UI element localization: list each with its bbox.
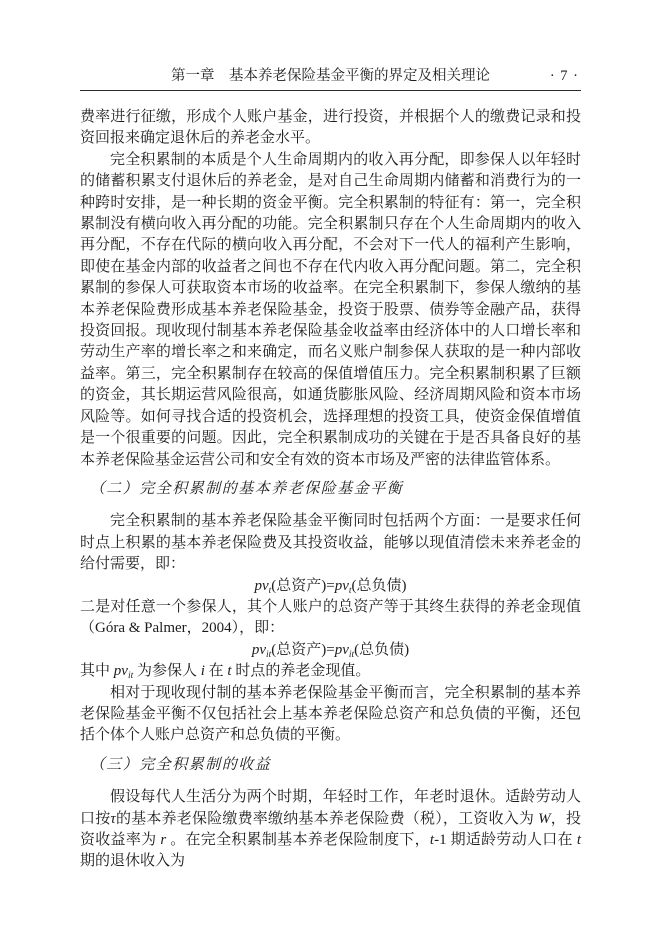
- paragraph-balance-intro: 完全积累制的基本养老保险基金平衡同时包括两个方面：一是要求任何时点上积累的基本养…: [80, 511, 581, 575]
- page-number: · 7 ·: [550, 66, 579, 86]
- formula-aggregate-balance: pvt(总资产)=pvt(总负债): [80, 576, 581, 597]
- text-block: 第一章基本养老保险基金平衡的界定及相关理论 · 7 · 费率进行征缴，形成个人账…: [80, 66, 581, 873]
- section-heading-2: （二）完全积累制的基本养老保险基金平衡: [80, 479, 581, 500]
- body-text: 费率进行征缴，形成个人账户基金，进行投资，并根据个人的缴费记录和投资回报来确定退…: [80, 107, 581, 873]
- paragraph-notation: 其中 pvit 为参保人 i 在 t 时点的养老金现值。: [80, 661, 581, 682]
- chapter-title: 基本养老保险基金平衡的界定及相关理论: [229, 68, 490, 84]
- paragraph-funded-nature: 完全积累制的本质是个人生命周期内的收入再分配，即参保人以年轻时的储蓄积累支付退休…: [80, 150, 581, 471]
- section-heading-3: （三）完全积累制的收益: [80, 755, 581, 776]
- running-header: 第一章基本养老保险基金平衡的界定及相关理论 · 7 ·: [80, 66, 581, 91]
- paragraph-relative-comparison: 相对于现收现付制的基本养老保险基金平衡而言，完全积累制的基本养老保险基金平衡不仅…: [80, 683, 581, 747]
- formula-individual-balance: pvit(总资产)=pvit(总负债): [80, 640, 581, 661]
- paragraph-model-assumption: 假设每代人生活分为两个时期，年轻时工作，年老时退休。适龄劳动人口按τ的基本养老保…: [80, 787, 581, 873]
- paragraph-carryover: 费率进行征缴，形成个人账户基金，进行投资，并根据个人的缴费记录和投资回报来确定退…: [80, 107, 581, 150]
- chapter-label: 第一章: [171, 68, 215, 84]
- paragraph-individual-account: 二是对任意一个参保人，其个人账户的总资产等于其终生获得的养老金现值（Góra &…: [80, 597, 581, 640]
- book-page: 第一章基本养老保险基金平衡的界定及相关理论 · 7 · 费率进行征缴，形成个人账…: [0, 0, 661, 925]
